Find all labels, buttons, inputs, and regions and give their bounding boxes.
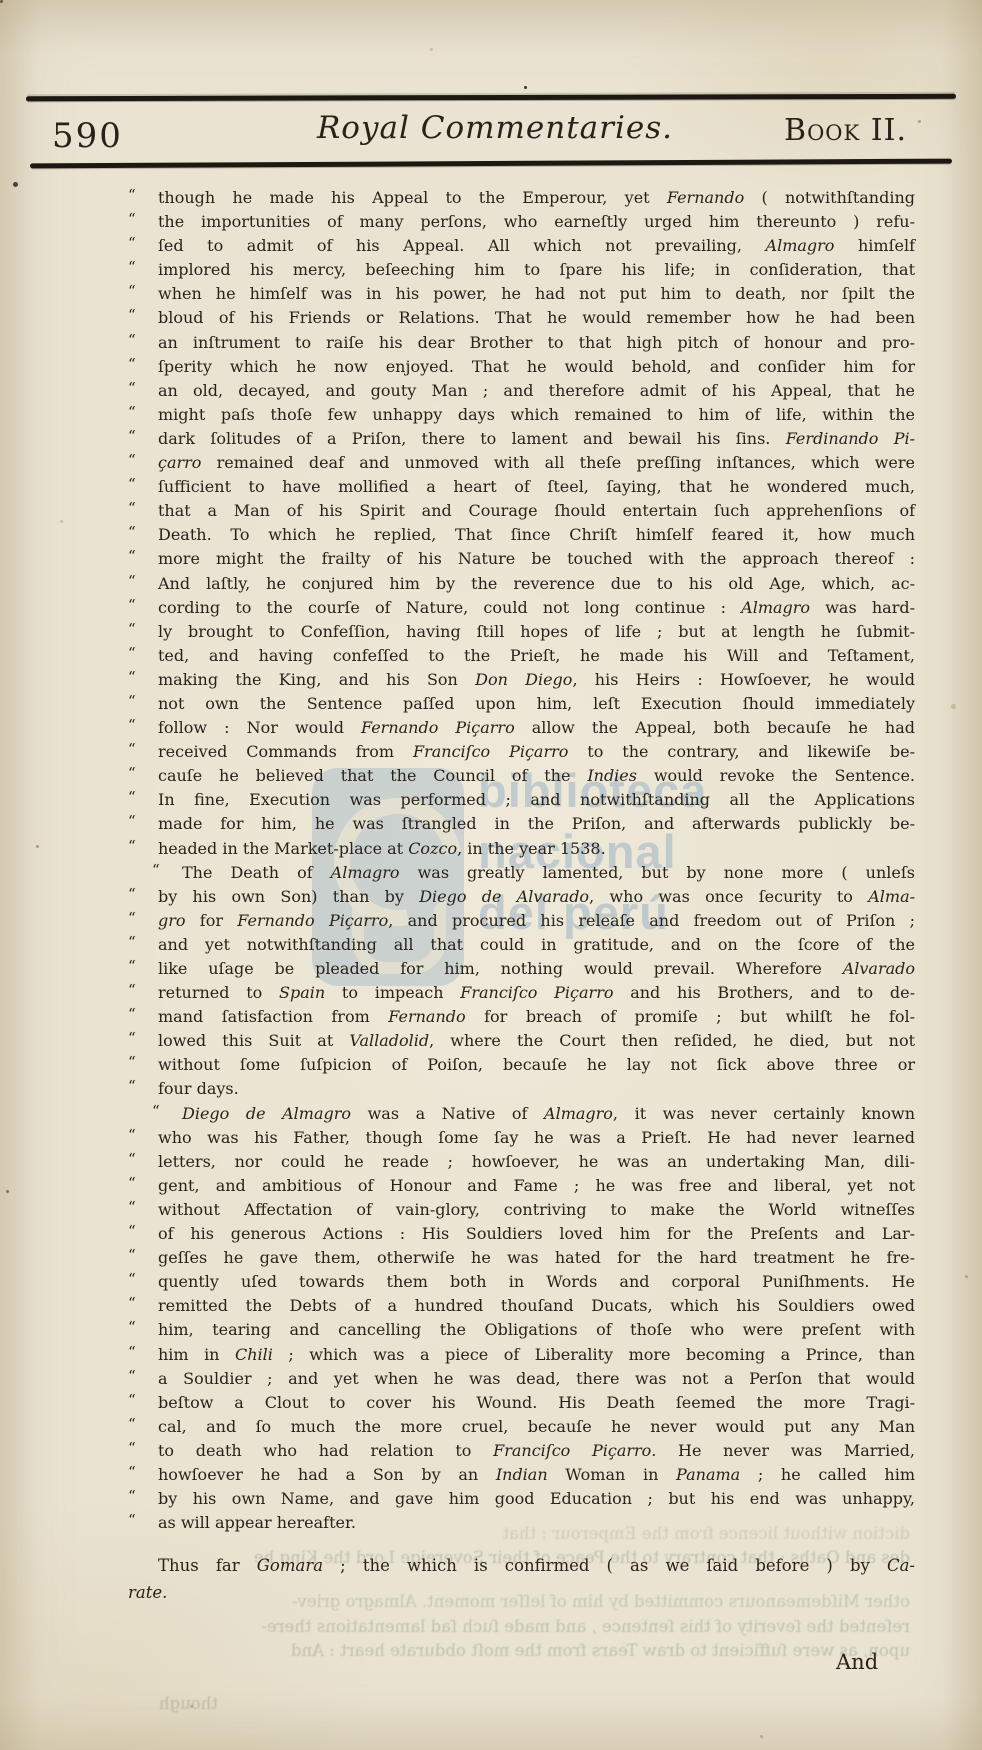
bleedthrough-text: though	[128, 1694, 218, 1713]
quote-mark: “	[128, 644, 158, 668]
paper-specks	[0, 0, 3, 3]
quote-mark: “	[128, 668, 158, 692]
quote-mark: “	[128, 1198, 158, 1222]
text-line-content: beſtow a Clout to cover his Wound. His D…	[158, 1393, 915, 1417]
catchword: And	[836, 1650, 878, 1674]
text-line: “geſſes he gave them, otherwiſe he was h…	[128, 1248, 915, 1272]
text-line-content: ted, and having confeſſed to the Prieſt,…	[158, 646, 915, 670]
text-line: “without Affectation of vain-glory, cont…	[128, 1200, 915, 1224]
header-rule-top	[26, 94, 956, 101]
text-line-content: ly brought to Confeſſion, having ſtill h…	[158, 622, 915, 646]
text-line-content: made for him, he was ſtrangled in the Pr…	[158, 814, 915, 838]
text-line-content: bloud of his Friends or Relations. That …	[158, 308, 915, 332]
quote-mark: “	[128, 1126, 158, 1150]
text-line-content: gent, and ambitious of Honour and Fame ;…	[158, 1176, 915, 1200]
text-line-content: letters, nor could he reade ; howſoever,…	[158, 1152, 915, 1176]
text-line: “an old, decayed, and gouty Man ; and th…	[128, 381, 915, 405]
quote-mark: “	[128, 1174, 158, 1198]
quote-mark: “	[128, 981, 158, 1005]
text-line: “ted, and having confeſſed to the Prieſt…	[128, 646, 915, 670]
text-line: “lowed this Suit at Valladolid, where th…	[128, 1031, 915, 1055]
quote-mark: “	[128, 1077, 158, 1101]
text-line-content: a Souldier ; and yet when he was dead, t…	[158, 1369, 915, 1393]
text-line-content: ſed to admit of his Appeal. All which no…	[158, 236, 915, 260]
text-line: “Thus far Gomara ; the which is confirme…	[128, 1556, 915, 1583]
text-line: “returned to Spain to impeach Franciſco …	[128, 983, 915, 1007]
quote-mark: “	[128, 282, 158, 306]
quote-mark: “	[128, 812, 158, 836]
text-line: “In fine, Execution was performed ; and …	[128, 790, 915, 814]
text-line: “ſperity which he now enjoyed. That he w…	[128, 357, 915, 381]
quote-mark: “	[128, 596, 158, 620]
quote-mark: “	[128, 427, 158, 451]
text-line-content: cording to the courſe of Nature, could n…	[158, 598, 915, 622]
quote-mark: “	[128, 331, 158, 355]
text-line-content: Death. To which he replied, That ſince C…	[158, 525, 915, 549]
text-line: “follow : Nor would Fernando Piçarro all…	[128, 718, 915, 742]
text-line: “as will appear hereafter.	[128, 1513, 915, 1537]
quote-mark: “	[128, 933, 158, 957]
quote-mark: “	[128, 788, 158, 812]
quote-mark: “	[128, 1439, 158, 1463]
text-line: “might paſs thoſe few unhappy days which…	[128, 405, 915, 429]
quote-mark: “	[128, 547, 158, 571]
text-line: “him in Chili ; which was a piece of Lib…	[128, 1345, 915, 1369]
quote-mark: “	[128, 572, 158, 596]
quote-mark: “	[128, 234, 158, 258]
text-line-content: to death who had relation to Franciſco P…	[158, 1441, 915, 1465]
text-line: “like uſage be pleaded for him, nothing …	[128, 959, 915, 983]
text-line-content: dark ſolitudes of a Priſon, there to lam…	[158, 429, 915, 453]
quote-mark: “	[152, 861, 182, 885]
quote-mark: “	[128, 1246, 158, 1270]
text-line: “The Death of Almagro was greatly lament…	[128, 863, 915, 887]
text-line: “beſtow a Clout to cover his Wound. His …	[128, 1393, 915, 1417]
text-line-content: as will appear hereafter.	[158, 1513, 915, 1537]
text-line: “more might the frailty of his Nature be…	[128, 549, 915, 573]
quote-mark: “	[128, 620, 158, 644]
text-line: “the importunities of many perſons, who …	[128, 212, 915, 236]
text-line-content: lowed this Suit at Valladolid, where the…	[158, 1031, 915, 1055]
text-line: “quently uſed towards them both in Words…	[128, 1272, 915, 1296]
quote-mark: “	[128, 475, 158, 499]
text-line: “Diego de Almagro was a Native of Almagr…	[128, 1104, 915, 1128]
text-line: “gro for Fernando Piçarro, and procured …	[128, 911, 915, 935]
text-line-content: In fine, Execution was performed ; and n…	[158, 790, 915, 814]
text-line-content: çarro remained deaf and unmoved with all…	[158, 453, 915, 477]
text-line-content: by his own Son) than by Diego de Alvarad…	[158, 887, 915, 911]
quote-mark: “	[128, 1029, 158, 1053]
text-line-content: like uſage be pleaded for him, nothing w…	[158, 959, 915, 983]
text-line-content: not own the Sentence paſſed upon him, le…	[158, 694, 915, 718]
text-line: “gent, and ambitious of Honour and Fame …	[128, 1176, 915, 1200]
quote-mark: “	[128, 740, 158, 764]
header-rule-bottom	[30, 159, 952, 169]
text-line: “mand ſatisfaction from Fernando for bre…	[128, 1007, 915, 1031]
text-line: “that a Man of his Spirit and Courage ſh…	[128, 501, 915, 525]
text-line: “him, tearing and cancelling the Obligat…	[128, 1320, 915, 1344]
text-line: “of his generous Actions : His Souldiers…	[128, 1224, 915, 1248]
text-line: “a Souldier ; and yet when he was dead, …	[128, 1369, 915, 1393]
quote-mark: “	[128, 523, 158, 547]
text-line-content: when he himſelf was in his power, he had…	[158, 284, 915, 308]
text-line-content: quently uſed towards them both in Words …	[158, 1272, 915, 1296]
running-title: Royal Commentaries.	[295, 110, 695, 146]
quote-mark: “	[128, 1150, 158, 1174]
text-line-content: returned to Spain to impeach Franciſco P…	[158, 983, 915, 1007]
quote-mark: “	[128, 837, 158, 861]
quote-mark: “	[128, 1222, 158, 1246]
text-line: “headed in the Market-place at Cozco, in…	[128, 839, 915, 863]
text-line-content: though he made his Appeal to the Emperou…	[158, 188, 915, 212]
text-line-content: might paſs thoſe few unhappy days which …	[158, 405, 915, 429]
quote-mark: “	[128, 451, 158, 475]
quote-mark: “	[128, 1053, 158, 1077]
text-line: “howſoever he had a Son by an Indian Wom…	[128, 1465, 915, 1489]
text-line: “to death who had relation to Franciſco …	[128, 1441, 915, 1465]
text-line: “who was his Father, though ſome ſay he …	[128, 1128, 915, 1152]
text-line: “dark ſolitudes of a Priſon, there to la…	[128, 429, 915, 453]
quote-mark: “	[128, 355, 158, 379]
text-line-content: received Commands from Franciſco Piçarro…	[158, 742, 915, 766]
text-line-content: who was his Father, though ſome ſay he w…	[158, 1128, 915, 1152]
quote-mark: “	[128, 379, 158, 403]
quote-mark: “	[128, 1463, 158, 1487]
quote-mark: “	[128, 885, 158, 909]
quote-mark: “	[128, 1270, 158, 1294]
quote-mark: “	[128, 1415, 158, 1439]
text-line: “cal, and ſo much the more cruel, becauſ…	[128, 1417, 915, 1441]
text-line: “çarro remained deaf and unmoved with al…	[128, 453, 915, 477]
quote-mark: “	[128, 499, 158, 523]
text-line-content: making the King, and his Son Don Diego, …	[158, 670, 915, 694]
text-line-content: and yet notwithſtanding all that could i…	[158, 935, 915, 959]
quote-mark: “	[152, 1102, 182, 1126]
quote-mark: “	[128, 1487, 158, 1511]
text-line: “cording to the courſe of Nature, could …	[128, 598, 915, 622]
text-line-content: without Affectation of vain-glory, contr…	[158, 1200, 915, 1224]
text-line: “implored his mercy, beſeeching him to ſ…	[128, 260, 915, 284]
quote-mark: “	[128, 716, 158, 740]
quote-mark: “	[128, 258, 158, 282]
text-line-content: The Death of Almagro was greatly lamente…	[182, 863, 915, 887]
page-number: 590	[52, 116, 123, 156]
text-line: “by his own Name, and gave him good Educ…	[128, 1489, 915, 1513]
text-line-content: ſufficient to have mollified a heart of …	[158, 477, 915, 501]
text-line-content: cal, and ſo much the more cruel, becauſe…	[158, 1417, 915, 1441]
text-line-content: mand ſatisfaction from Fernando for brea…	[158, 1007, 915, 1031]
text-line: “Death. To which he replied, That ſince …	[128, 525, 915, 549]
book-page: diction without licence from the Emperou…	[0, 0, 982, 1750]
text-line-content: And laſtly, he conjured him by the rever…	[158, 574, 915, 598]
book-label: Book II.	[735, 113, 907, 148]
text-line: “made for him, he was ſtrangled in the P…	[128, 814, 915, 838]
text-line: “by his own Son) than by Diego de Alvara…	[128, 887, 915, 911]
text-line-content: the importunities of many perſons, who e…	[158, 212, 915, 236]
text-line-content: gro for Fernando Piçarro, and procured h…	[158, 911, 915, 935]
text-line-content: him, tearing and cancelling the Obligati…	[158, 1320, 915, 1344]
text-line: “making the King, and his Son Don Diego,…	[128, 670, 915, 694]
text-line: “and yet notwithſtanding all that could …	[128, 935, 915, 959]
text-line: “though he made his Appeal to the Empero…	[128, 188, 915, 212]
text-line-content: four days.	[158, 1079, 915, 1103]
text-line: “ly brought to Confeſſion, having ſtill …	[128, 622, 915, 646]
text-line: “And laſtly, he conjured him by the reve…	[128, 574, 915, 598]
quote-mark: “	[128, 1367, 158, 1391]
text-line-content: headed in the Market-place at Cozco, in …	[158, 839, 915, 863]
text-line: “ſufficient to have mollified a heart of…	[128, 477, 915, 501]
text-line: “when he himſelf was in his power, he ha…	[128, 284, 915, 308]
quote-mark: “	[128, 692, 158, 716]
text-line-content: ſperity which he now enjoyed. That he wo…	[158, 357, 915, 381]
quote-mark: “	[128, 1391, 158, 1415]
text-line-content: Thus far Gomara ; the which is confirmed…	[158, 1556, 915, 1583]
text-line-content: Diego de Almagro was a Native of Almagro…	[182, 1104, 915, 1128]
text-line: “received Commands from Franciſco Piçarr…	[128, 742, 915, 766]
quote-mark: “	[128, 1318, 158, 1342]
quote-mark: “	[128, 1005, 158, 1029]
text-line: “bloud of his Friends or Relations. That…	[128, 308, 915, 332]
text-line: “an inſtrument to raiſe his dear Brother…	[128, 333, 915, 357]
bleedthrough-text: upon, as were ſufficient to draw Tears f…	[132, 1641, 910, 1660]
text-line-content: of his generous Actions : His Souldiers …	[158, 1224, 915, 1248]
text-line-content: an old, decayed, and gouty Man ; and the…	[158, 381, 915, 405]
quote-mark: “	[128, 909, 158, 933]
text-line: “rate.	[128, 1583, 915, 1610]
quote-mark: “	[128, 1511, 158, 1535]
bleedthrough-text: reſented the ſeverity of this ſentence ,…	[132, 1617, 910, 1636]
text-line: “cauſe he believed that the Council of t…	[128, 766, 915, 790]
text-line: “without ſome ſuſpicion of Poiſon, becau…	[128, 1055, 915, 1079]
text-line-content: an inſtrument to raiſe his dear Brother …	[158, 333, 915, 357]
text-line-content: cauſe he believed that the Council of th…	[158, 766, 915, 790]
text-line: “four days.	[128, 1079, 915, 1103]
text-line-content: remitted the Debts of a hundred thouſand…	[158, 1296, 915, 1320]
quote-mark: “	[128, 210, 158, 234]
text-line: “remitted the Debts of a hundred thouſan…	[128, 1296, 915, 1320]
body-text: “though he made his Appeal to the Empero…	[128, 188, 915, 1537]
text-line-content: rate.	[128, 1583, 915, 1610]
text-line-content: howſoever he had a Son by an Indian Woma…	[158, 1465, 915, 1489]
text-line-content: without ſome ſuſpicion of Poiſon, becauſ…	[158, 1055, 915, 1079]
text-line: “not own the Sentence paſſed upon him, l…	[128, 694, 915, 718]
quote-mark: “	[128, 186, 158, 210]
closing-paragraph: “Thus far Gomara ; the which is confirme…	[128, 1556, 915, 1610]
text-line-content: him in Chili ; which was a piece of Libe…	[158, 1345, 915, 1369]
text-line-content: that a Man of his Spirit and Courage ſho…	[158, 501, 915, 525]
text-line: “letters, nor could he reade ; howſoever…	[128, 1152, 915, 1176]
quote-mark: “	[128, 306, 158, 330]
text-line-content: follow : Nor would Fernando Piçarro allo…	[158, 718, 915, 742]
text-line-content: geſſes he gave them, otherwiſe he was ha…	[158, 1248, 915, 1272]
quote-mark: “	[128, 764, 158, 788]
text-line: “ſed to admit of his Appeal. All which n…	[128, 236, 915, 260]
text-line-content: more might the frailty of his Nature be …	[158, 549, 915, 573]
quote-mark: “	[128, 1294, 158, 1318]
text-line-content: implored his mercy, beſeeching him to ſp…	[158, 260, 915, 284]
quote-mark: “	[128, 957, 158, 981]
quote-mark: “	[128, 1343, 158, 1367]
quote-mark: “	[128, 403, 158, 427]
text-line-content: by his own Name, and gave him good Educa…	[158, 1489, 915, 1513]
